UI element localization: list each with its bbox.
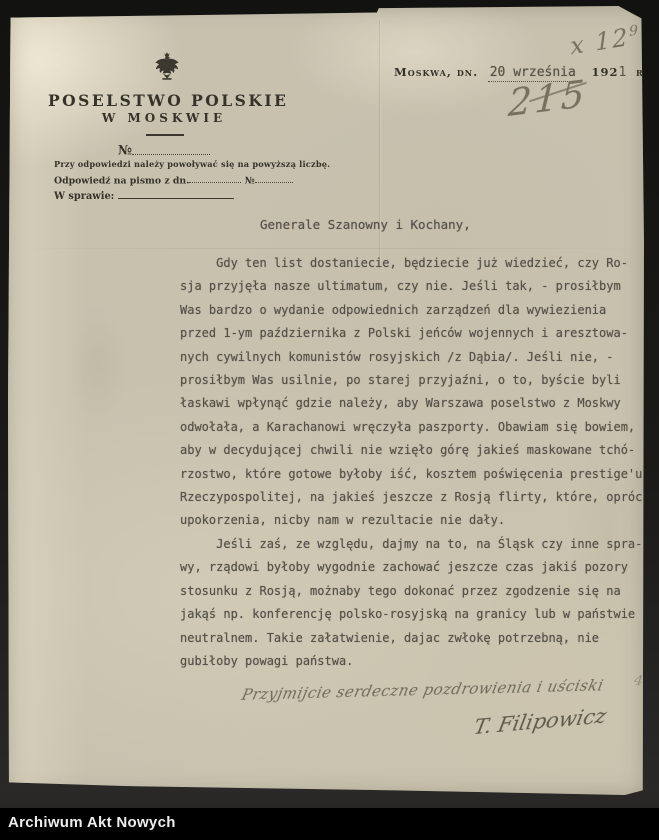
letterhead-rule <box>146 134 184 136</box>
number-blank-line <box>132 142 210 155</box>
organization-city: W MOSKWIE <box>48 111 280 125</box>
reply-number-blank <box>255 174 293 183</box>
dateline-place: Moskwa, dn. <box>394 65 478 79</box>
reply-label: Odpowiedź na pismo z dn. <box>54 175 189 186</box>
scanned-letter-page: POSELSTWO POLSKIE W MOSKWIE № Przy odpow… <box>8 5 644 795</box>
reference-note: Przy odpowiedzi należy powoływać się na … <box>54 159 330 169</box>
number-label: № <box>118 144 132 159</box>
reply-number-label: № <box>245 175 255 186</box>
pencil-margin-tick: 4 <box>633 672 644 689</box>
horizontal-fold-crease <box>18 248 648 249</box>
salutation: Generale Szanowny i Kochany, <box>260 217 471 232</box>
pencil-x12-superscript: 9 <box>629 22 641 40</box>
organization-name: POSELSTWO POLSKIE <box>48 91 280 110</box>
dateline-year-suffix: r. <box>636 65 649 79</box>
subject-label: W sprawie: <box>54 191 114 202</box>
handwritten-signature: T. Filipowicz <box>472 703 609 739</box>
pencil-annotation-case-number: 215 <box>507 72 588 125</box>
archive-name: Archiwum Akt Nowych <box>8 808 176 840</box>
dateline-year-stub: 192 <box>591 65 618 79</box>
polish-eagle-icon <box>154 49 180 82</box>
reply-line: Odpowiedź na pismo z dn. № <box>54 174 293 186</box>
dateline-typed-year-digit: 1 <box>618 65 626 80</box>
pencil-x12-text: x 12 <box>570 23 630 60</box>
reference-number-line: № <box>118 142 210 159</box>
letter-body: Gdy ten list dostaniecie, będziecie już … <box>180 252 652 673</box>
handwritten-closing: Przyjmijcie serdeczne pozdrowienia i uśc… <box>240 676 605 704</box>
archive-watermark-bar: Archiwum Akt Nowych <box>0 808 659 840</box>
subject-blank-line <box>118 197 234 199</box>
pencil-annotation-x12: x 129 <box>570 21 641 60</box>
subject-line: W sprawie: <box>54 191 234 202</box>
paper-stain <box>68 305 128 425</box>
reply-date-blank <box>189 174 241 183</box>
dateline: Moskwa, dn. 20 września 1921 r. <box>394 61 649 80</box>
